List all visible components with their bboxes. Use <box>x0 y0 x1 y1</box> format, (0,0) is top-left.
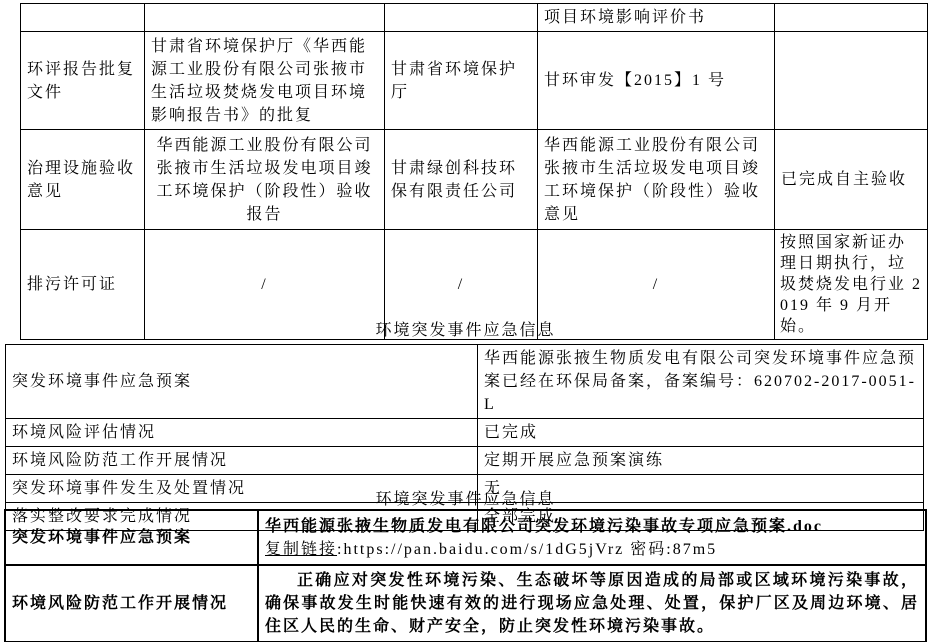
cell-empty <box>21 4 145 32</box>
cell-emergency-plan-value: 华西能源张掖生物质发电有限公司突发环境事件应急预案已经在环保局备案，备案编号：6… <box>478 345 924 419</box>
table-row: 环境风险防范工作开展情况 正确应对突发性环境污染、生态破坏等原因造成的局部或区域… <box>5 565 926 642</box>
cell-emergency-plan-label: 突发环境事件应急预案 <box>6 345 478 419</box>
cell-risk-prevention-label-bold: 环境风险防范工作开展情况 <box>5 565 258 642</box>
cell-empty <box>775 4 928 32</box>
link-password: 密码:87m5 <box>630 541 717 558</box>
table-row: 环境风险评估情况 已完成 <box>6 419 924 447</box>
table-row: 环境风险防范工作开展情况 定期开展应急预案演练 <box>6 447 924 475</box>
baidu-pan-link[interactable]: https://pan.baidu.com/s/1dG5jVrz <box>343 541 624 558</box>
table-row: 突发环境事件应急预案 华西能源张掖生物质发电有限公司突发环境污染事故专项应急预案… <box>5 510 926 565</box>
table-row: 治理设施验收意见 华西能源工业股份有限公司张掖市生活垃圾发电项目竣工环境保护（阶… <box>21 130 928 230</box>
cell-risk-prevention-label: 环境风险防范工作开展情况 <box>6 447 478 475</box>
cell-risk-assessment-value: 已完成 <box>478 419 924 447</box>
cell-eia-approval-doc: 甘肃省环境保护厅《华西能源工业股份有限公司张掖市生活垃圾焚烧发电项目环境影响报告… <box>145 32 385 130</box>
table-row: 突发环境事件应急预案 华西能源张掖生物质发电有限公司突发环境事件应急预案已经在环… <box>6 345 924 419</box>
emergency-plan-detail-table: 突发环境事件应急预案 华西能源张掖生物质发电有限公司突发环境污染事故专项应急预案… <box>4 509 927 642</box>
cell-acceptance-opinion: 华西能源工业股份有限公司张掖市生活垃圾发电项目竣工环境保护（阶段性）验收意见 <box>538 130 775 230</box>
cell-emergency-plan-label-bold: 突发环境事件应急预案 <box>5 510 258 565</box>
cell-empty <box>145 4 385 32</box>
cell-project-eia-doc: 项目环境影响评价书 <box>538 4 775 32</box>
table-row: 项目环境影响评价书 <box>21 4 928 32</box>
cell-acceptance-report: 华西能源工业股份有限公司张掖市生活垃圾发电项目竣工环境保护（阶段性）验收报告 <box>145 130 385 230</box>
table-row: 环评报告批复文件 甘肃省环境保护厅《华西能源工业股份有限公司张掖市生活垃圾焚烧发… <box>21 32 928 130</box>
cell-risk-assessment-label: 环境风险评估情况 <box>6 419 478 447</box>
cell-empty <box>775 32 928 130</box>
cell-acceptance-label: 治理设施验收意见 <box>21 130 145 230</box>
copy-link-label: 复制链接 <box>265 541 337 558</box>
cell-eia-approval-agency: 甘肃省环境保护厅 <box>385 32 538 130</box>
cell-acceptance-status: 已完成自主验收 <box>775 130 928 230</box>
cell-acceptance-agency: 甘肃绿创科技环保有限责任公司 <box>385 130 538 230</box>
cell-emergency-plan-doc: 华西能源张掖生物质发电有限公司突发环境污染事故专项应急预案.doc 复制链接:h… <box>258 510 926 565</box>
cell-risk-prevention-detail: 正确应对突发性环境污染、生态破坏等原因造成的局部或区域环境污染事故，确保事故发生… <box>258 565 926 642</box>
document-page: 项目环境影响评价书 环评报告批复文件 甘肃省环境保护厅《华西能源工业股份有限公司… <box>0 0 931 642</box>
cell-eia-approval-number: 甘环审发【2015】1 号 <box>538 32 775 130</box>
section-title-emergency-info-2: 环境突发事件应急信息 <box>0 490 931 509</box>
cell-risk-prevention-value: 定期开展应急预案演练 <box>478 447 924 475</box>
cell-empty <box>385 4 538 32</box>
cell-eia-approval-label: 环评报告批复文件 <box>21 32 145 130</box>
approval-info-table: 项目环境影响评价书 环评报告批复文件 甘肃省环境保护厅《华西能源工业股份有限公司… <box>20 3 928 340</box>
plan-doc-link-line: 复制链接:https://pan.baidu.com/s/1dG5jVrz 密码… <box>265 538 919 561</box>
section-title-emergency-info: 环境突发事件应急信息 <box>0 318 931 344</box>
plan-doc-filename: 华西能源张掖生物质发电有限公司突发环境污染事故专项应急预案.doc <box>265 515 919 538</box>
